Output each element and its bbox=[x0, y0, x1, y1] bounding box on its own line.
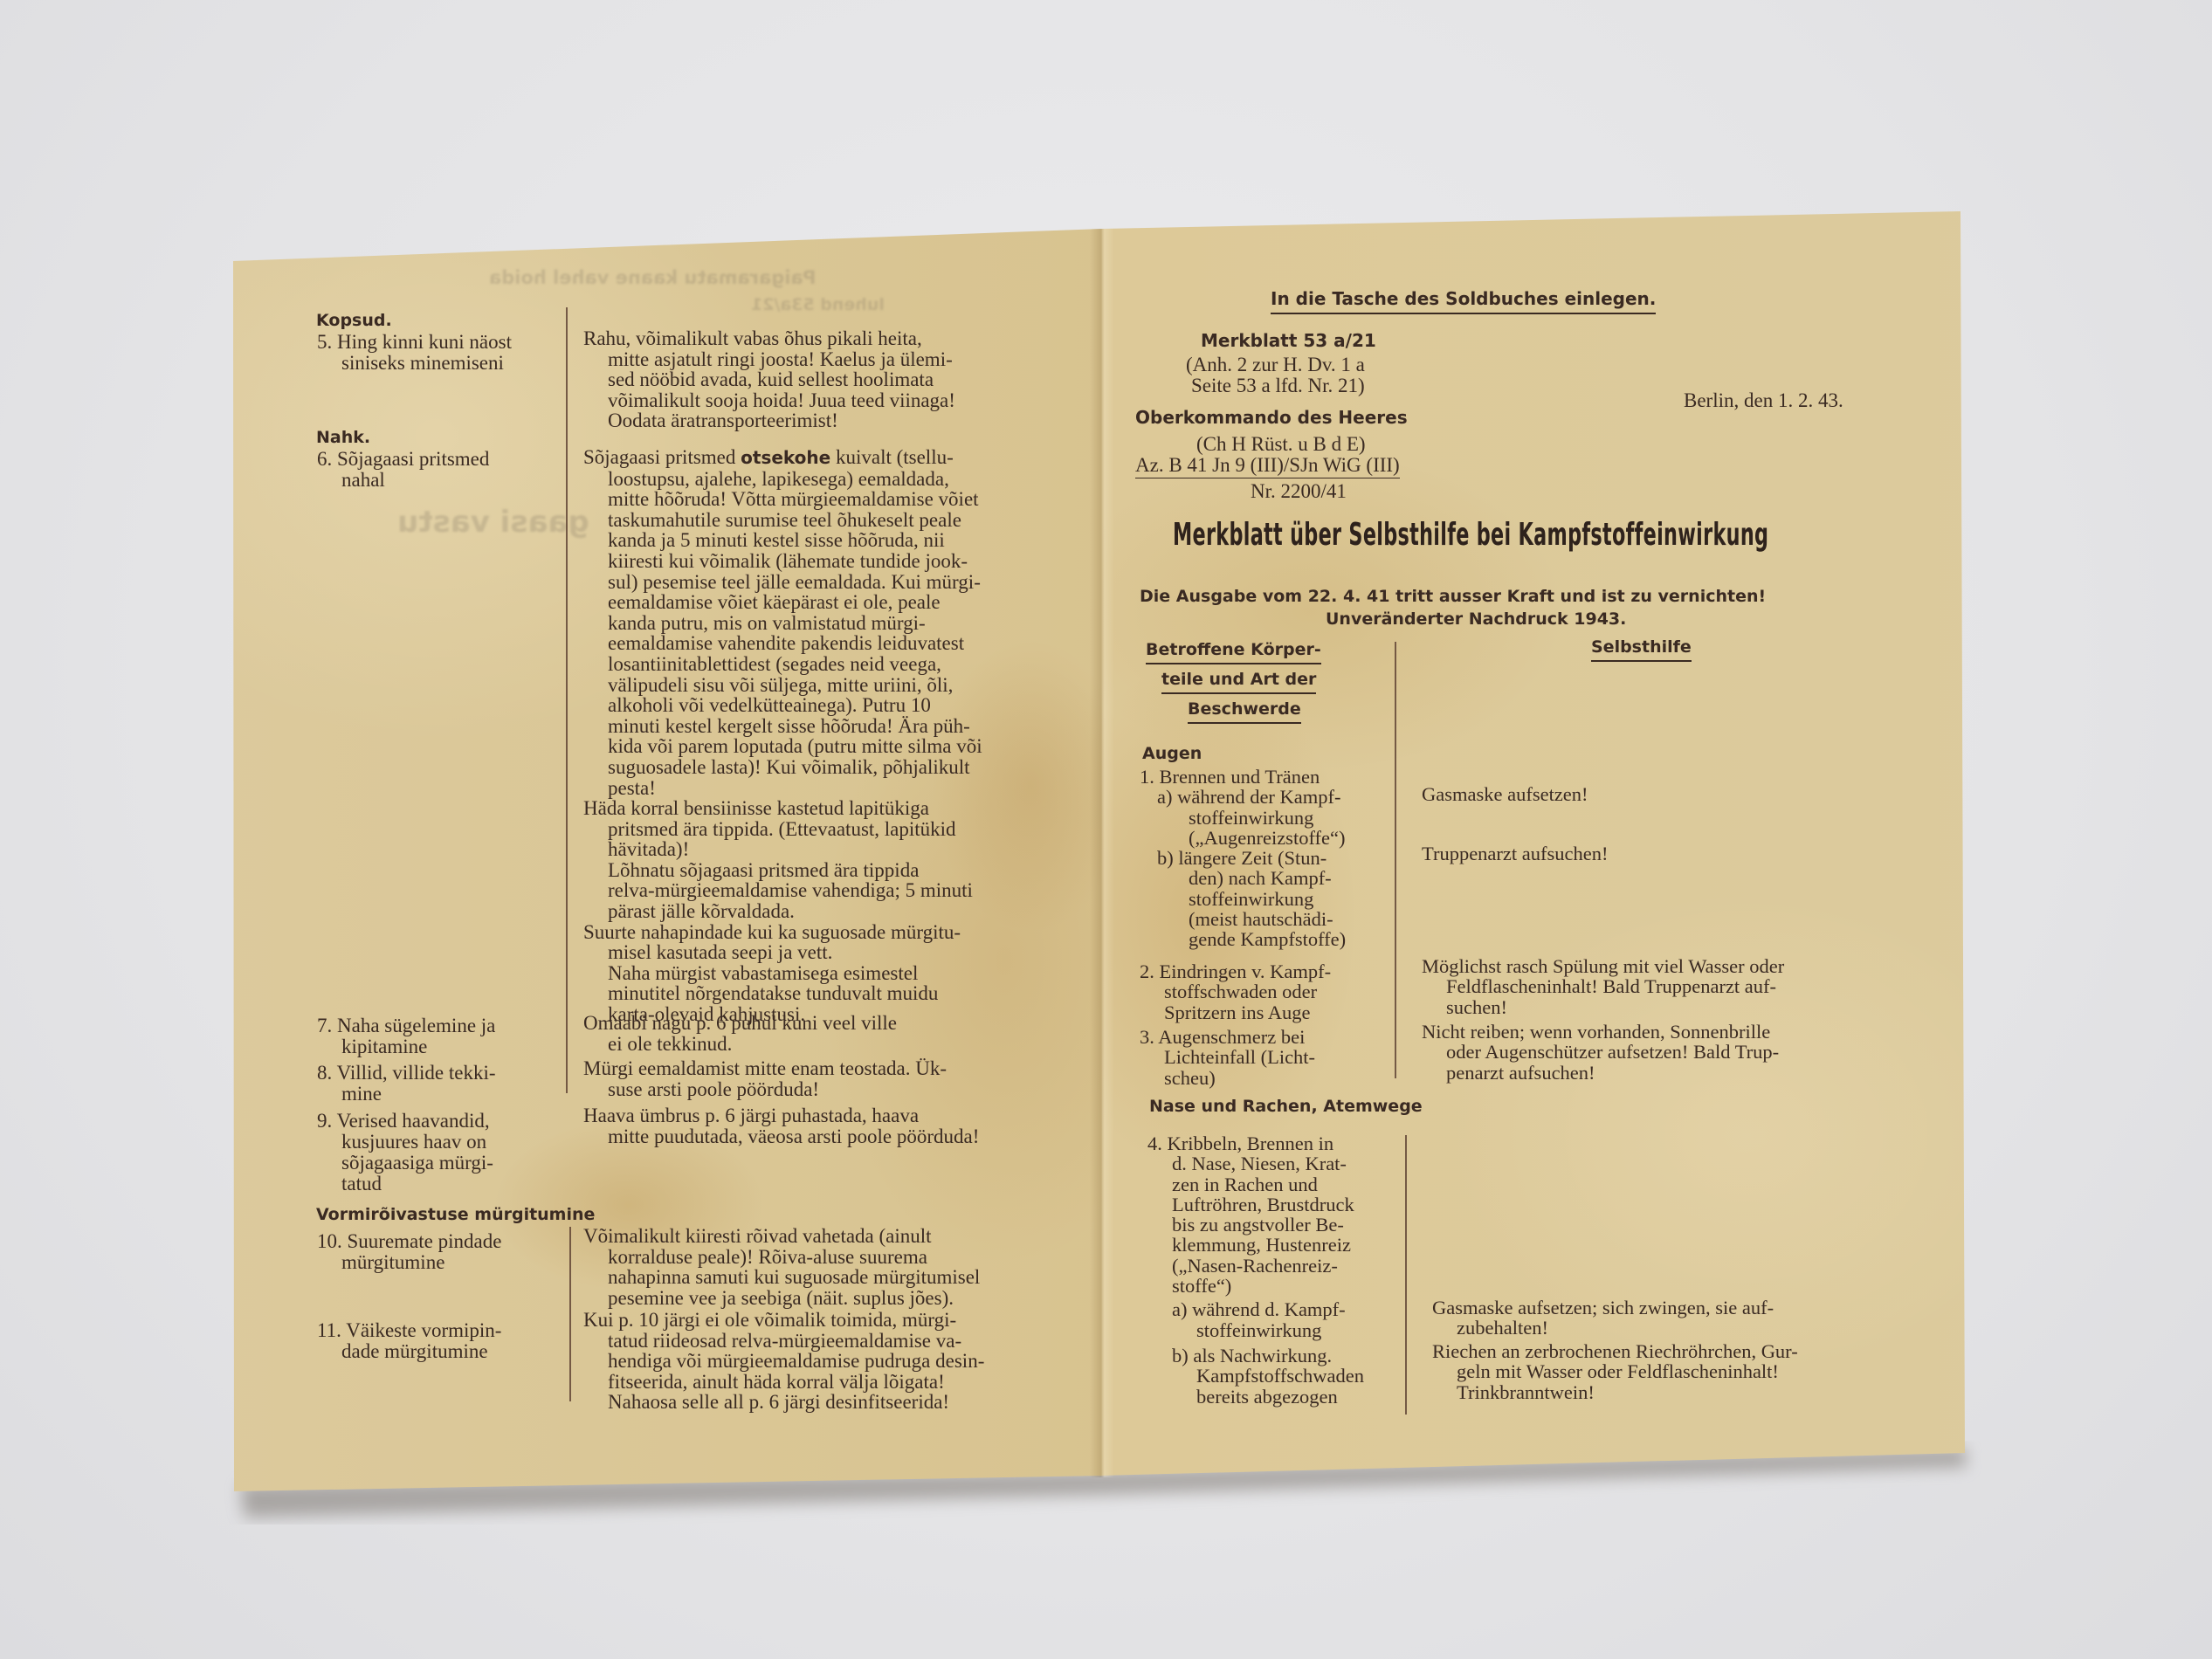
section-heading-skin: Nahk. bbox=[316, 428, 370, 447]
emphasis: otsekohe bbox=[741, 447, 830, 468]
column-divider bbox=[569, 1227, 571, 1401]
document-title: Merkblatt über Selbsthilfe bei Kampfstof… bbox=[1173, 517, 1768, 553]
section-heading-lungs: Kopsud. bbox=[316, 311, 392, 330]
remedy-1b: Truppenarzt aufsuchen! bbox=[1422, 843, 1911, 864]
leaflet: Paigaramatu kaane vahel hoida luhend 53a… bbox=[0, 0, 2212, 1659]
complaint-1: 1. Brennen und Tränen a) während der Kam… bbox=[1140, 767, 1389, 950]
place-date: Berlin, den 1. 2. 43. bbox=[1684, 390, 1843, 411]
remedy-4a: Gasmaske aufsetzen; sich zwingen, sie au… bbox=[1432, 1298, 1921, 1339]
office: (Ch H Rüst. u B d E) bbox=[1196, 434, 1366, 455]
column-divider bbox=[566, 307, 568, 1093]
remedy-10: Võimalikult kiiresti rõivad vahetada (ai… bbox=[583, 1226, 1077, 1308]
instruction-line: In die Tasche des Soldbuches einlegen. bbox=[1271, 288, 1656, 314]
remedy-4b: Riechen an zerbrochenen Riechröhrchen, G… bbox=[1432, 1341, 1921, 1402]
column-divider bbox=[1405, 1135, 1407, 1415]
reprint-notice: Unveränderter Nachdruck 1943. bbox=[1326, 609, 1626, 629]
column-header-complaint: Beschwerde bbox=[1188, 699, 1301, 724]
complaint-7: 7. Naha sügelemine ja kipitamine bbox=[317, 1015, 557, 1057]
center-fold bbox=[1090, 229, 1114, 1477]
column-header-complaint: teile und Art der bbox=[1161, 670, 1316, 694]
complaint-6: 6. Sõjagaasi pritsmed nahal bbox=[317, 449, 557, 491]
show-through-text: Paigaramatu kaane vahel hoida bbox=[489, 267, 816, 288]
complaint-11: 11. Väikeste vormipin- dade mürgitumine bbox=[317, 1320, 557, 1362]
remedy-1a: Gasmaske aufsetzen! bbox=[1422, 784, 1911, 804]
column-header-complaint: Betroffene Körper- bbox=[1146, 640, 1321, 664]
show-through-text: luhend 53a/21 bbox=[751, 295, 885, 314]
column-header-selfhelp: Selbsthilfe bbox=[1591, 637, 1692, 662]
section-heading-eyes: Augen bbox=[1142, 744, 1202, 763]
remedy-11: Kui p. 10 järgi ei ole võimalik toimida,… bbox=[583, 1310, 1077, 1413]
complaint-8: 8. Villid, villide tekki- mine bbox=[317, 1063, 557, 1105]
complaint-10: 10. Suuremate pindade mürgitumine bbox=[317, 1231, 557, 1273]
merkblatt-number: Merkblatt 53 a/21 bbox=[1201, 330, 1376, 351]
section-heading-nose-throat: Nase und Rachen, Atemwege bbox=[1149, 1097, 1423, 1116]
remedy-9: Haava ümbrus p. 6 järgi puhastada, haava… bbox=[583, 1105, 1077, 1146]
complaint-4: 4. Kribbeln, Brennen in d. Nase, Niesen,… bbox=[1147, 1133, 1396, 1407]
supersession-notice: Die Ausgabe vom 22. 4. 41 tritt ausser K… bbox=[1140, 587, 1766, 606]
section-heading-uniform: Vormirõivastuse mürgitumine bbox=[316, 1205, 595, 1224]
show-through-text: gaasi vastu bbox=[397, 505, 589, 540]
complaint-3: 3. Augenschmerz bei Lichteinfall (Licht-… bbox=[1140, 1027, 1389, 1088]
complaint-2: 2. Eindringen v. Kampf- stoffschwaden od… bbox=[1140, 961, 1389, 1022]
complaint-9: 9. Verised haavandid, kusjuures haav on … bbox=[317, 1111, 557, 1194]
remedy-3: Nicht reiben; wenn vorhanden, Sonnenbril… bbox=[1422, 1022, 1911, 1083]
reference-number: Az. B 41 Jn 9 (III)/SJn WiG (III) bbox=[1135, 455, 1400, 478]
document-number: Nr. 2200/41 bbox=[1251, 481, 1347, 502]
remedy-8: Mürgi eemaldamist mitte enam teostada. Ü… bbox=[583, 1058, 1077, 1099]
complaint-5: 5. Hing kinni kuni näost siniseks minemi… bbox=[317, 332, 557, 374]
remedy-7: Omaabi nagu p. 6 puhul kuni veel ville e… bbox=[583, 1013, 1077, 1054]
annex-reference: (Anh. 2 zur H. Dv. 1 a Seite 53 a lfd. N… bbox=[1186, 355, 1365, 396]
remedy-5: Rahu, võimalikult vabas õhus pikali heit… bbox=[583, 328, 1077, 431]
remedy-2: Möglichst rasch Spülung mit viel Wasser … bbox=[1422, 956, 1911, 1017]
remedy-6: Sõjagaasi pritsmed otsekohe kuivalt (tse… bbox=[583, 447, 1077, 1025]
column-divider bbox=[1395, 642, 1396, 1078]
authority: Oberkommando des Heeres bbox=[1135, 407, 1408, 428]
